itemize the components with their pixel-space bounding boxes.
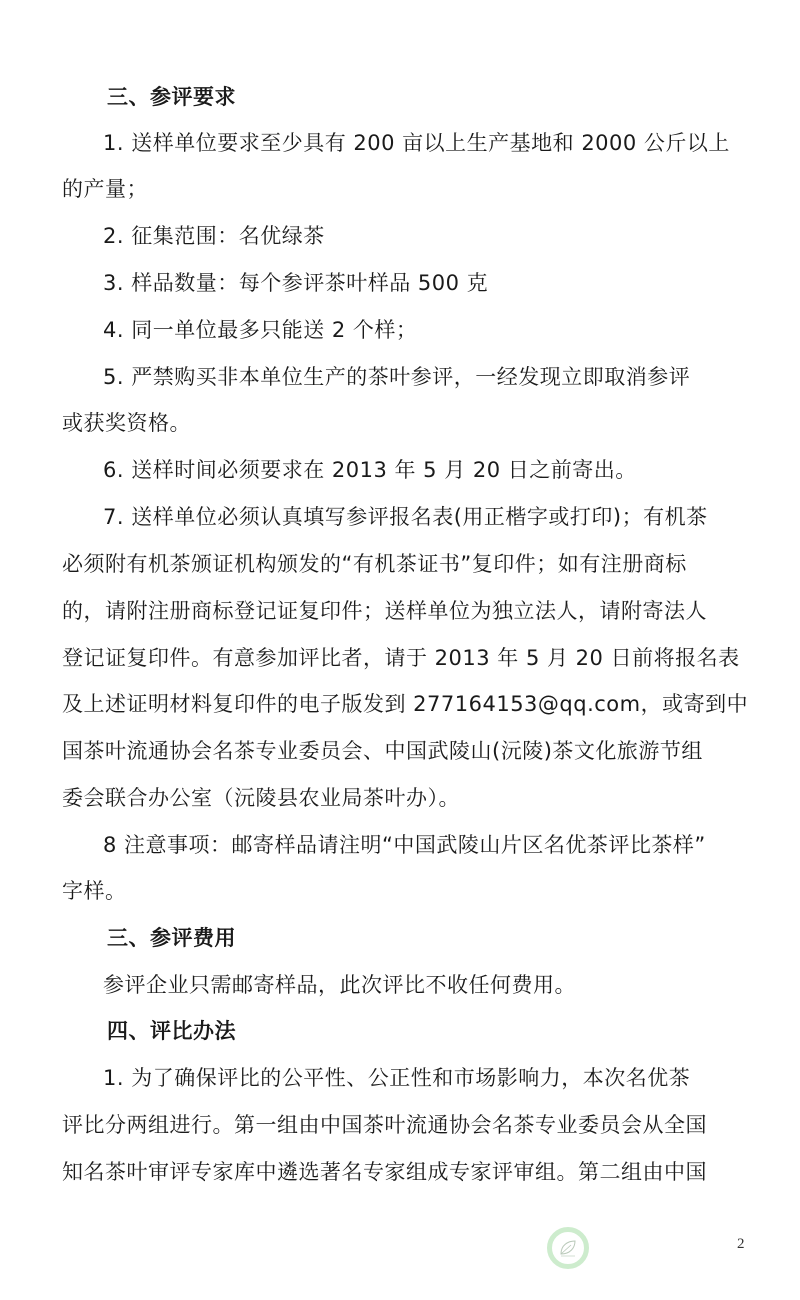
text-line: 字样。 — [62, 878, 127, 904]
text-line: 委会联合办公室（沅陵县农业局茶叶办）。 — [62, 785, 460, 811]
section-heading: 四、评比办法 — [107, 1018, 236, 1044]
text-line: 或获奖资格。 — [62, 410, 191, 436]
section-heading: 三、参评要求 — [107, 84, 236, 110]
text-line: 3. 样品数量：每个参评茶叶样品 500 克 — [103, 270, 488, 296]
section-heading: 三、参评费用 — [107, 925, 236, 951]
text-line: 评比分两组进行。第一组由中国茶叶流通协会名茶专业委员会从全国 — [62, 1112, 707, 1138]
text-line: 1. 送样单位要求至少具有 200 亩以上生产基地和 2000 公斤以上 — [103, 130, 730, 156]
text-line: 知名茶叶审评专家库中遴选著名专家组成专家评审组。第二组由中国 — [62, 1159, 707, 1185]
text-line: 5. 严禁购买非本单位生产的茶叶参评，一经发现立即取消参评 — [103, 364, 690, 390]
text-line: 的，请附注册商标登记证复印件；送样单位为独立法人，请附寄法人 — [62, 598, 707, 624]
text-line: 登记证复印件。有意参加评比者，请于 2013 年 5 月 20 日前将报名表 — [62, 645, 740, 671]
text-line: 8 注意事项：邮寄样品请注明“中国武陵山片区名优茶评比茶样” — [103, 832, 706, 858]
text-line: 1. 为了确保评比的公平性、公正性和市场影响力，本次名优茶 — [103, 1065, 690, 1091]
text-line: 6. 送样时间必须要求在 2013 年 5 月 20 日之前寄出。 — [103, 457, 637, 483]
text-line: 的产量； — [62, 176, 148, 202]
text-line: 4. 同一单位最多只能送 2 个样； — [103, 317, 417, 343]
text-line: 国茶叶流通协会名茶专业委员会、中国武陵山(沅陵)茶文化旅游节组 — [62, 738, 703, 764]
text-line: 及上述证明材料复印件的电子版发到 277164153@qq.com，或寄到中 — [62, 691, 748, 717]
page-number: 2 — [737, 1236, 745, 1253]
text-line: 7. 送样单位必须认真填写参评报名表(用正楷字或打印)；有机茶 — [103, 504, 708, 530]
text-line: 2. 征集范围：名优绿茶 — [103, 223, 325, 249]
text-line: 必须附有机茶颁证机构颁发的“有机茶证书”复印件；如有注册商标 — [62, 551, 687, 577]
text-line: 参评企业只需邮寄样品，此次评比不收任何费用。 — [103, 972, 576, 998]
document-page: 三、参评要求1. 送样单位要求至少具有 200 亩以上生产基地和 2000 公斤… — [0, 0, 800, 1300]
leaf-seal-icon — [547, 1227, 589, 1269]
leaf-icon — [557, 1237, 579, 1259]
